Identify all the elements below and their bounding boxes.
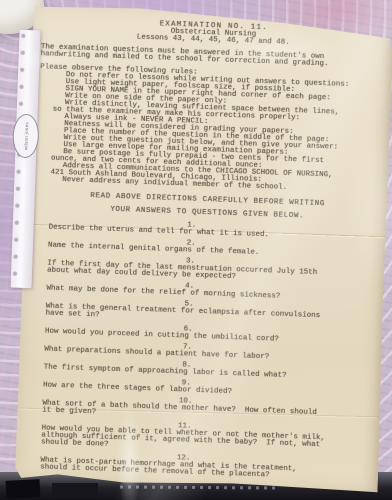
questions-list: 1. Describe the uterus and tell for what… [26, 217, 379, 483]
sleeve-brand-text: wilson jones [23, 122, 29, 150]
dark-key-shape [6, 479, 41, 499]
photo-of-exam-sheet: EXAMINATION NO. 11. Obstetrical Nursing … [0, 0, 392, 500]
dark-key-shape [52, 483, 98, 499]
document-content: EXAMINATION NO. 11. Obstetrical Nursing … [14, 0, 392, 483]
rules-list: Do not refer to lessons while writing ou… [36, 71, 384, 195]
document-paper: EXAMINATION NO. 11. Obstetrical Nursing … [14, 0, 392, 494]
sleeve-brand-logo: wilson jones [12, 114, 40, 159]
